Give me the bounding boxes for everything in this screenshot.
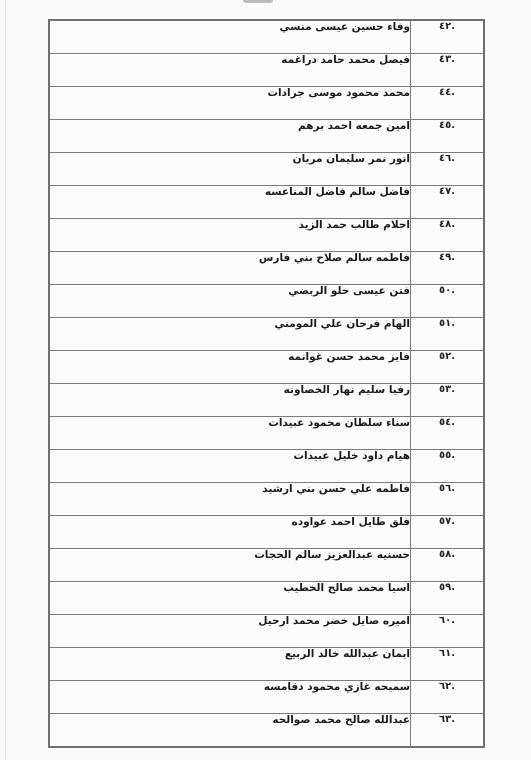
row-number: .٤٧ [411, 186, 485, 219]
row-number: .٥٢ [411, 351, 485, 384]
row-number: .٦١ [411, 648, 485, 681]
person-name: رفيا سليم نهار الخصاونه [49, 384, 411, 417]
table-row: .٤٢وفاء حسين عيسى منسي [49, 20, 484, 54]
table-row: .٤٩فاطمه سالم صلاح بني فارس [49, 252, 484, 285]
page-edge [5, 0, 6, 760]
table-row: .٤٤محمد محمود موسى جرادات [49, 87, 484, 120]
table-row: .٤٥امين جمعه احمد برهم [49, 120, 484, 153]
person-name: فايز محمد حسن غوانمه [49, 351, 411, 384]
table-row: .٦٠اميره صايل خضر محمد ارحيل [49, 615, 484, 648]
row-number: .٤٦ [411, 153, 485, 186]
person-name: انور نمر سليمان مريان [49, 153, 411, 186]
page-top-mark [243, 0, 273, 3]
row-number: .٤٩ [411, 252, 485, 285]
row-number: .٤٨ [411, 219, 485, 252]
names-table: .٤٢وفاء حسين عيسى منسي.٤٣فيصل محمد حامد … [48, 19, 485, 748]
table-row: .٤٨احلام طالب حمد الزيد [49, 219, 484, 252]
person-name: فاضل سالم فاضل المناعسه [49, 186, 411, 219]
table-row: .٥٠فتن عيسى حلو الربضي [49, 285, 484, 318]
row-number: .٥٠ [411, 285, 485, 318]
person-name: سناء سلطان محمود عبيدات [49, 417, 411, 450]
person-name: سميحه غازي محمود دقامسه [49, 681, 411, 714]
row-number: .٥٩ [411, 582, 485, 615]
person-name: محمد محمود موسى جرادات [49, 87, 411, 120]
table-row: .٥٦فاطمه علي حسن بني ارشيد [49, 483, 484, 516]
row-number: .٦٠ [411, 615, 485, 648]
row-number: .٥٥ [411, 450, 485, 483]
row-number: .٦٣ [411, 714, 485, 748]
row-number: .٤٣ [411, 54, 485, 87]
person-name: عبدالله صالح محمد صوالحه [49, 714, 411, 748]
table-row: .٥٨حسنيه عبدالعزيز سالم الحجات [49, 549, 484, 582]
row-number: .٥٤ [411, 417, 485, 450]
table-row: .٥٣رفيا سليم نهار الخصاونه [49, 384, 484, 417]
person-name: فاطمه علي حسن بني ارشيد [49, 483, 411, 516]
person-name: فاطمه سالم صلاح بني فارس [49, 252, 411, 285]
person-name: فلق طايل احمد عواوده [49, 516, 411, 549]
table-row: .٥١الهام فرحان علي المومني [49, 318, 484, 351]
person-name: احلام طالب حمد الزيد [49, 219, 411, 252]
table-row: .٤٣فيصل محمد حامد دراغمه [49, 54, 484, 87]
names-table-body: .٤٢وفاء حسين عيسى منسي.٤٣فيصل محمد حامد … [49, 20, 484, 747]
person-name: اميره صايل خضر محمد ارحيل [49, 615, 411, 648]
table-row: .٥٥هيام داود خليل عبيدات [49, 450, 484, 483]
person-name: حسنيه عبدالعزيز سالم الحجات [49, 549, 411, 582]
row-number: .٥٧ [411, 516, 485, 549]
table-row: .٥٧فلق طايل احمد عواوده [49, 516, 484, 549]
row-number: .٥١ [411, 318, 485, 351]
person-name: وفاء حسين عيسى منسي [49, 20, 411, 54]
row-number: .٥٣ [411, 384, 485, 417]
table-row: .٦٢سميحه غازي محمود دقامسه [49, 681, 484, 714]
person-name: اسيا محمد صالح الخطيب [49, 582, 411, 615]
person-name: هيام داود خليل عبيدات [49, 450, 411, 483]
person-name: الهام فرحان علي المومني [49, 318, 411, 351]
row-number: .٥٨ [411, 549, 485, 582]
person-name: فيصل محمد حامد دراغمه [49, 54, 411, 87]
table-row: .٥٤سناء سلطان محمود عبيدات [49, 417, 484, 450]
row-number: .٥٦ [411, 483, 485, 516]
table-row: .٦١ايمان عبدالله خالد الربيع [49, 648, 484, 681]
table-row: .٤٧فاضل سالم فاضل المناعسه [49, 186, 484, 219]
table-row: .٥٩اسيا محمد صالح الخطيب [49, 582, 484, 615]
table-row: .٥٢فايز محمد حسن غوانمه [49, 351, 484, 384]
person-name: ايمان عبدالله خالد الربيع [49, 648, 411, 681]
table-row: .٤٦انور نمر سليمان مريان [49, 153, 484, 186]
row-number: .٦٢ [411, 681, 485, 714]
row-number: .٤٤ [411, 87, 485, 120]
person-name: فتن عيسى حلو الربضي [49, 285, 411, 318]
table-row: .٦٣عبدالله صالح محمد صوالحه [49, 714, 484, 748]
row-number: .٤٢ [411, 20, 485, 54]
row-number: .٤٥ [411, 120, 485, 153]
person-name: امين جمعه احمد برهم [49, 120, 411, 153]
